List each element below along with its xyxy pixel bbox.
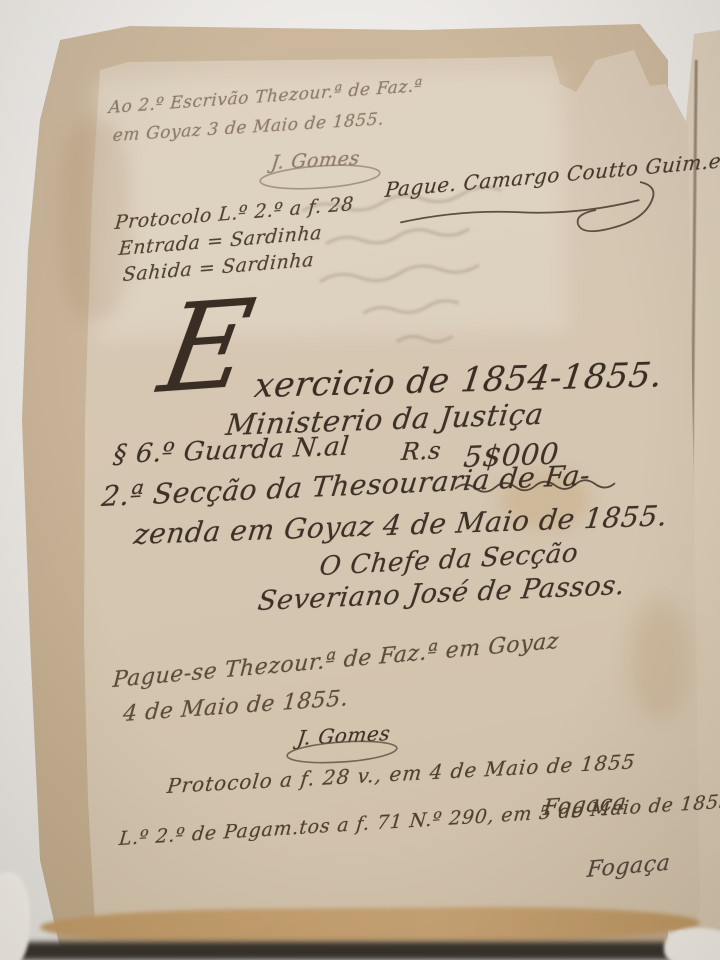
bottom-left-corner-paper [0,872,30,960]
paper-stain [630,600,690,720]
bottom-right-corner-paper [664,928,720,960]
top-annotation-rubric-loop [255,162,385,192]
entry-currency-label: R.s [400,436,443,466]
bottom-shadow [0,942,720,960]
photograph-of-manuscript: Ao 2.º Escrivão Thezour.ª de Faz.ª em Go… [0,0,720,960]
pague-note-rubric-loop [570,176,660,236]
